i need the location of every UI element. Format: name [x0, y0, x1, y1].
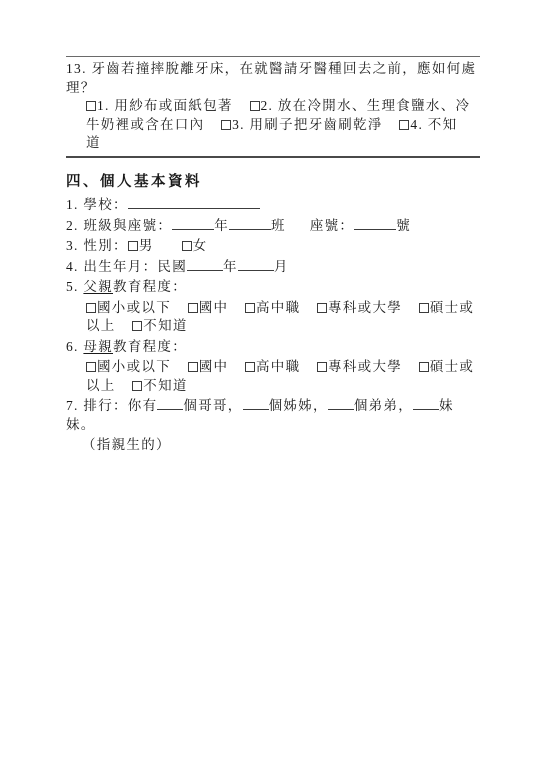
- q6-option-4: 專科或大學: [317, 359, 402, 374]
- q6-option-3: 高中職: [245, 359, 300, 374]
- q5-prefix: 5.: [66, 279, 83, 294]
- q4-month-blank[interactable]: [238, 259, 274, 271]
- q3-label: 3. 性別：: [66, 238, 128, 253]
- q13-option-1: 1. 用紗布或面紙包著: [86, 98, 233, 113]
- q13-option-3-label: 3. 用刷子把牙齒刷乾淨: [232, 117, 383, 132]
- checkbox-q6-option-2[interactable]: [188, 362, 198, 372]
- checkbox-q5-option-6[interactable]: [132, 321, 142, 331]
- checkbox-female[interactable]: [182, 241, 192, 251]
- checkbox-q6-option-3[interactable]: [245, 362, 255, 372]
- q2-seat-blank[interactable]: [354, 218, 396, 230]
- q7-younger-sisters-blank[interactable]: [413, 398, 439, 410]
- checkbox-q13-option-4[interactable]: [399, 120, 409, 130]
- checkbox-q6-option-5[interactable]: [419, 362, 429, 372]
- checkbox-q13-option-2[interactable]: [250, 101, 260, 111]
- question-7-note: （指親生的）: [82, 436, 480, 455]
- q5-option-2: 國中: [188, 300, 229, 315]
- q2-class-blank[interactable]: [229, 218, 271, 230]
- q2-label: 2. 班級與座號：: [66, 218, 172, 233]
- question-5-father-education: 5. 父親教育程度：: [66, 278, 480, 297]
- q6-option-6: 不知道: [132, 378, 187, 393]
- checkbox-q13-option-1[interactable]: [86, 101, 96, 111]
- q1-school-blank[interactable]: [128, 197, 260, 209]
- checkbox-q5-option-5[interactable]: [419, 303, 429, 313]
- q7-lead: 7. 排行：你有: [66, 398, 157, 413]
- divider-bottom: [66, 156, 480, 158]
- question-6-mother-education: 6. 母親教育程度：: [66, 338, 480, 357]
- checkbox-q5-option-2[interactable]: [188, 303, 198, 313]
- q5-option-6: 不知道: [132, 318, 187, 333]
- q6-label: 教育程度：: [113, 339, 187, 354]
- q5-option-3-label: 高中職: [256, 300, 300, 315]
- q3-male-label: 男: [139, 238, 154, 253]
- section-4-title: 四、個人基本資料: [66, 173, 480, 192]
- q4-month-unit: 月: [274, 259, 289, 274]
- q7-older-sisters-blank[interactable]: [243, 398, 269, 410]
- checkbox-q6-option-1[interactable]: [86, 362, 96, 372]
- q7-younger-brothers-blank[interactable]: [328, 398, 354, 410]
- q6-subject: 母親: [83, 339, 113, 354]
- q1-label: 1. 學校：: [66, 197, 128, 212]
- divider-top: [66, 56, 480, 57]
- q5-option-1-label: 國小或以下: [97, 300, 171, 315]
- q2-year-blank[interactable]: [172, 218, 214, 230]
- q6-option-3-label: 高中職: [256, 359, 300, 374]
- q7-older-sisters-label: 個姊姊，: [269, 398, 328, 413]
- q13-option-3: 3. 用刷子把牙齒刷乾淨: [221, 117, 383, 132]
- question-4-birthdate: 4. 出生年月：民國年月: [66, 258, 480, 277]
- q6-option-1-label: 國小或以下: [97, 359, 171, 374]
- q5-option-4: 專科或大學: [317, 300, 402, 315]
- q7-older-brothers-label: 個哥哥，: [183, 398, 242, 413]
- question-6-options: 國小或以下 國中 高中職 專科或大學 碩士或以上 不知道: [86, 358, 480, 395]
- question-5-options: 國小或以下 國中 高中職 專科或大學 碩士或以上 不知道: [86, 299, 480, 336]
- q3-female-label: 女: [193, 238, 208, 253]
- q6-option-6-label: 不知道: [143, 378, 187, 393]
- q5-option-6-label: 不知道: [143, 318, 187, 333]
- checkbox-q5-option-1[interactable]: [86, 303, 96, 313]
- checkbox-q13-option-3[interactable]: [221, 120, 231, 130]
- question-1-school: 1. 學校：: [66, 196, 480, 215]
- q2-seat-unit: 號: [396, 218, 411, 233]
- q2-year-unit: 年: [214, 218, 229, 233]
- q5-option-2-label: 國中: [199, 300, 229, 315]
- q6-option-1: 國小或以下: [86, 359, 171, 374]
- checkbox-q5-option-3[interactable]: [245, 303, 255, 313]
- q4-label: 4. 出生年月：民國: [66, 259, 187, 274]
- q4-year-unit: 年: [223, 259, 238, 274]
- question-7-siblings: 7. 排行：你有個哥哥，個姊姊，個弟弟，妹妹。: [66, 397, 480, 434]
- q5-option-3: 高中職: [245, 300, 300, 315]
- question-13-text: 13. 牙齒若撞摔脫離牙床，在就醫請牙醫種回去之前，應如何處理？: [66, 60, 480, 97]
- q6-option-2: 國中: [188, 359, 229, 374]
- q5-label: 教育程度：: [113, 279, 187, 294]
- q7-older-brothers-blank[interactable]: [157, 398, 183, 410]
- q6-prefix: 6.: [66, 339, 83, 354]
- question-13-options: 1. 用紗布或面紙包著 2. 放在冷開水、生理食鹽水、冷牛奶裡或含在口內 3. …: [86, 97, 480, 153]
- q13-option-1-label: 1. 用紗布或面紙包著: [97, 98, 233, 113]
- q6-option-4-label: 專科或大學: [328, 359, 402, 374]
- q6-option-2-label: 國中: [199, 359, 229, 374]
- checkbox-male[interactable]: [128, 241, 138, 251]
- q5-subject: 父親: [83, 279, 113, 294]
- checkbox-q6-option-6[interactable]: [132, 381, 142, 391]
- q2-class-unit: 班: [271, 218, 286, 233]
- q5-option-4-label: 專科或大學: [328, 300, 402, 315]
- q4-year-blank[interactable]: [187, 259, 223, 271]
- question-2-class-seat: 2. 班級與座號：年班座號：號: [66, 217, 480, 236]
- question-3-gender: 3. 性別：男女: [66, 237, 480, 256]
- checkbox-q6-option-4[interactable]: [317, 362, 327, 372]
- q5-option-1: 國小或以下: [86, 300, 171, 315]
- q7-younger-brothers-label: 個弟弟，: [354, 398, 413, 413]
- question-13: 13. 牙齒若撞摔脫離牙床，在就醫請牙醫種回去之前，應如何處理？ 1. 用紗布或…: [66, 60, 480, 153]
- checkbox-q5-option-4[interactable]: [317, 303, 327, 313]
- scanned-questionnaire-page: 13. 牙齒若撞摔脫離牙床，在就醫請牙醫種回去之前，應如何處理？ 1. 用紗布或…: [0, 0, 543, 768]
- page-content: 13. 牙齒若撞摔脫離牙床，在就醫請牙醫種回去之前，應如何處理？ 1. 用紗布或…: [66, 56, 480, 455]
- q2-seat-label: 座號：: [310, 218, 354, 233]
